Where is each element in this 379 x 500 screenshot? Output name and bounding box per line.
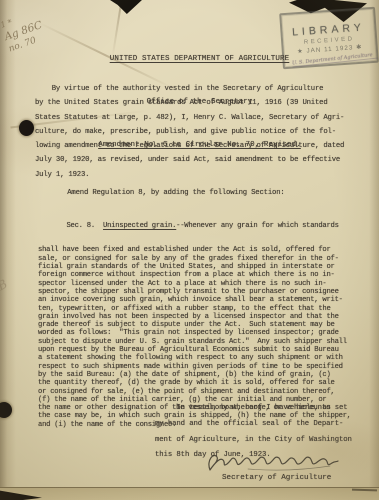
paper-left-edge-shadow <box>0 0 16 500</box>
typed-line: lowing amendment to the regulations of t… <box>35 139 365 153</box>
typed-line: ment of Agriculture, in the City of Wash… <box>155 433 352 449</box>
typed-line: foreign commerce without inspection from… <box>38 271 358 279</box>
typed-line: States Statutes at Large, p. 482), I, He… <box>35 111 365 125</box>
typed-line: respect to such shipments made within gi… <box>38 363 358 371</box>
typed-line: By virtue of the authority vested in the… <box>35 82 365 96</box>
intro-paragraph: By virtue of the authority vested in the… <box>35 82 365 182</box>
section-8-underlined-term: Uninspected grain. <box>103 222 176 230</box>
typed-line: culture, do make, prescribe, publish, an… <box>35 125 365 139</box>
section-8-lead: Sec. 8. <box>38 222 103 230</box>
scanned-document: 1 * Ag 86C no. 70 B LIBRARY RECEIVED ★ J… <box>0 0 379 500</box>
typed-line: July 1, 1923. <box>35 168 365 182</box>
typed-line: ten, typewritten, or affixed with a rubb… <box>38 305 358 313</box>
typed-line: an invoice covering such grain, which in… <box>38 296 358 304</box>
typed-line: sale, or consigned for sale by any of th… <box>38 255 358 263</box>
typed-line: subject to dispute under U. S. grain sta… <box>38 338 358 346</box>
typed-line: a statement showing the following with r… <box>38 354 358 362</box>
typed-line: In testimony whereof I have hereunto set <box>155 401 352 417</box>
typed-line: or consigned for sale, (e) the point of … <box>38 388 358 396</box>
typed-line: July 30, 1920, as revised, under said Ac… <box>35 153 365 167</box>
typed-line: shall have been fixed and established un… <box>38 246 358 254</box>
signature <box>204 450 340 474</box>
typed-line: spector licensed under the Act to a plac… <box>38 280 358 288</box>
typed-line: grain involved has not been inspected by… <box>38 313 358 321</box>
typed-line: my hand and the official seal of the Dep… <box>155 417 352 433</box>
typed-line: worded as follows: "This grain not inspe… <box>38 329 358 337</box>
document-title: UNITED STATES DEPARTMENT OF AGRICULTURE <box>20 52 379 66</box>
underlying-sheet-edge <box>0 487 379 500</box>
signature-title: Secretary of Agriculture <box>222 474 331 482</box>
typed-line: by the United States grain standards Act… <box>35 96 365 110</box>
section-8-first-line: Sec. 8. Uninspected grain.--Whenever any… <box>38 222 358 230</box>
typed-line: the quantity thereof, (d) the grade by w… <box>38 379 358 387</box>
amend-regulation-line: Amend Regulation 8, by adding the follow… <box>38 189 285 197</box>
section-8-first-line-rest: --Whenever any grain for which standards <box>176 222 339 230</box>
typed-line: by the said Bureau: (a) the date of ship… <box>38 371 358 379</box>
